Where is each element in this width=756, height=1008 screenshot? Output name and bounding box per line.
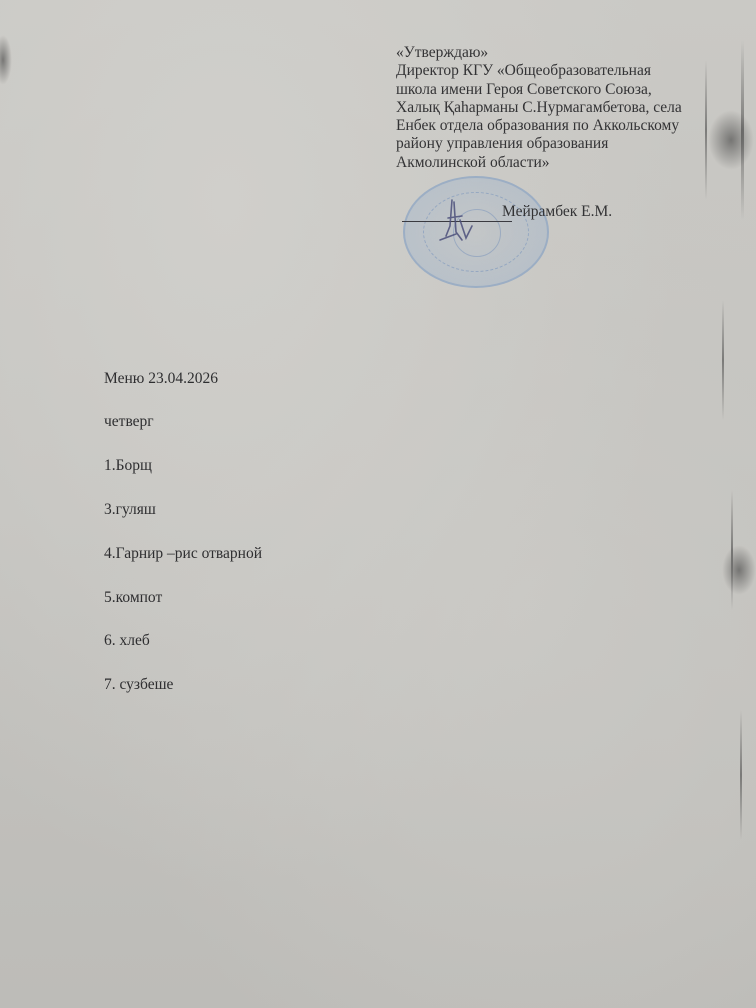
- scan-smudge: [722, 545, 756, 595]
- menu-item: 4.Гарнир –рис отварной: [104, 545, 262, 563]
- menu-item: 6. хлеб: [104, 632, 150, 650]
- menu-item: 5.компот: [104, 589, 162, 607]
- scan-smudge: [0, 35, 12, 85]
- menu-weekday: четверг: [104, 413, 154, 431]
- scan-streak: [740, 710, 742, 840]
- signature-icon: [432, 196, 492, 246]
- approval-line: району управления образования: [396, 135, 756, 153]
- approval-line: Енбек отдела образования по Аккольскому: [396, 117, 756, 135]
- scan-streak: [722, 300, 724, 420]
- menu-item: 1.Борщ: [104, 457, 152, 475]
- approval-heading: «Утверждаю»: [396, 44, 756, 62]
- approval-line: Директор КГУ «Общеобразовательная: [396, 62, 756, 80]
- menu-title: Меню 23.04.2026: [104, 370, 218, 388]
- approval-line: Халық Қаһарманы С.Нурмагамбетова, села: [396, 99, 756, 117]
- approval-block: «Утверждаю» Директор КГУ «Общеобразовате…: [396, 44, 756, 172]
- document-page: «Утверждаю» Директор КГУ «Общеобразовате…: [0, 0, 756, 1008]
- signatory-name: Мейрамбек Е.М.: [502, 203, 612, 221]
- approval-line: Акмолинской области»: [396, 154, 756, 172]
- menu-item: 3.гуляш: [104, 501, 156, 519]
- menu-item: 7. сузбеше: [104, 676, 173, 694]
- approval-line: школа имени Героя Советского Союза,: [396, 81, 756, 99]
